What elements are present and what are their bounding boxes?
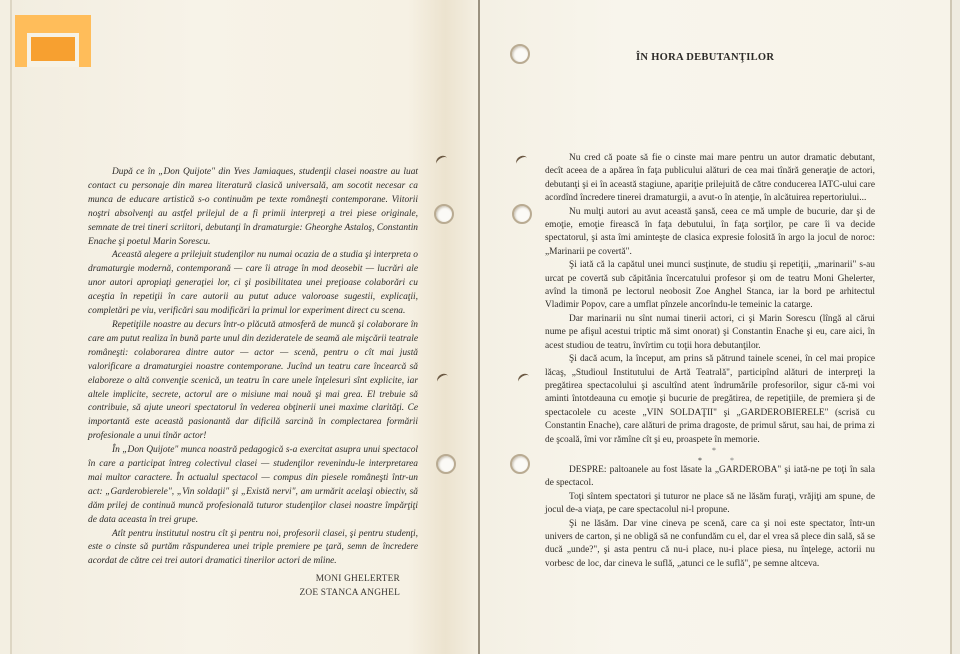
punch-hole-icon	[510, 454, 530, 474]
punch-hole-icon	[436, 454, 456, 474]
separator-star: *	[712, 446, 716, 455]
signature-line: MONI GHELERTER	[270, 572, 400, 586]
logo-fill	[31, 37, 75, 61]
paragraph: După ce în „Don Quijote" din Yves Jamiaq…	[88, 166, 418, 249]
left-page-edge	[10, 0, 12, 654]
paragraph: Şi dacă acum, la început, am prins să pă…	[545, 353, 875, 447]
paragraph: Nu cred că poate să fie o cinste mai mar…	[545, 152, 875, 206]
punch-hole-icon	[510, 44, 530, 64]
signature-line: ZOE STANCA ANGHEL	[270, 586, 400, 600]
punch-hole-icon	[434, 204, 454, 224]
signature-block: MONI GHELERTER ZOE STANCA ANGHEL	[270, 572, 400, 600]
paragraph: Atît pentru institutul nostru cît şi pen…	[88, 528, 418, 570]
article-title: ÎN HORA DEBUTANŢILOR	[636, 52, 774, 63]
left-page-body: După ce în „Don Quijote" din Yves Jamiaq…	[88, 166, 418, 569]
paragraph: DESPRE: paltoanele au fost lăsate la „GA…	[545, 464, 875, 491]
paragraph: Şi iată că la capătul unei munci susţinu…	[545, 259, 875, 313]
paragraph: Nu mulţi autori au avut această şansă, c…	[545, 206, 875, 260]
right-page-body: Nu cred că poate să fie o cinste mai mar…	[545, 152, 875, 447]
punch-hole-icon	[512, 204, 532, 224]
paragraph: Toţi sîntem spectatori şi tuturor ne pla…	[545, 491, 875, 518]
right-page-body-continued: DESPRE: paltoanele au fost lăsate la „GA…	[545, 464, 875, 571]
paragraph: Şi ne lăsăm. Dar vine cineva pe scenă, c…	[545, 518, 875, 572]
paragraph: Această alegere a prilejuit studenţilor …	[88, 249, 418, 319]
paragraph: Dar marinarii nu sînt numai tinerii acto…	[545, 313, 875, 353]
right-page-edge	[950, 0, 952, 654]
scanner-logo-icon	[15, 15, 91, 67]
paragraph: Repetiţiile noastre au decurs într-o plă…	[88, 319, 418, 444]
page-gutter	[478, 0, 480, 654]
paragraph: În „Don Quijote" munca noastră pedagogic…	[88, 444, 418, 527]
background-strip	[952, 0, 960, 654]
